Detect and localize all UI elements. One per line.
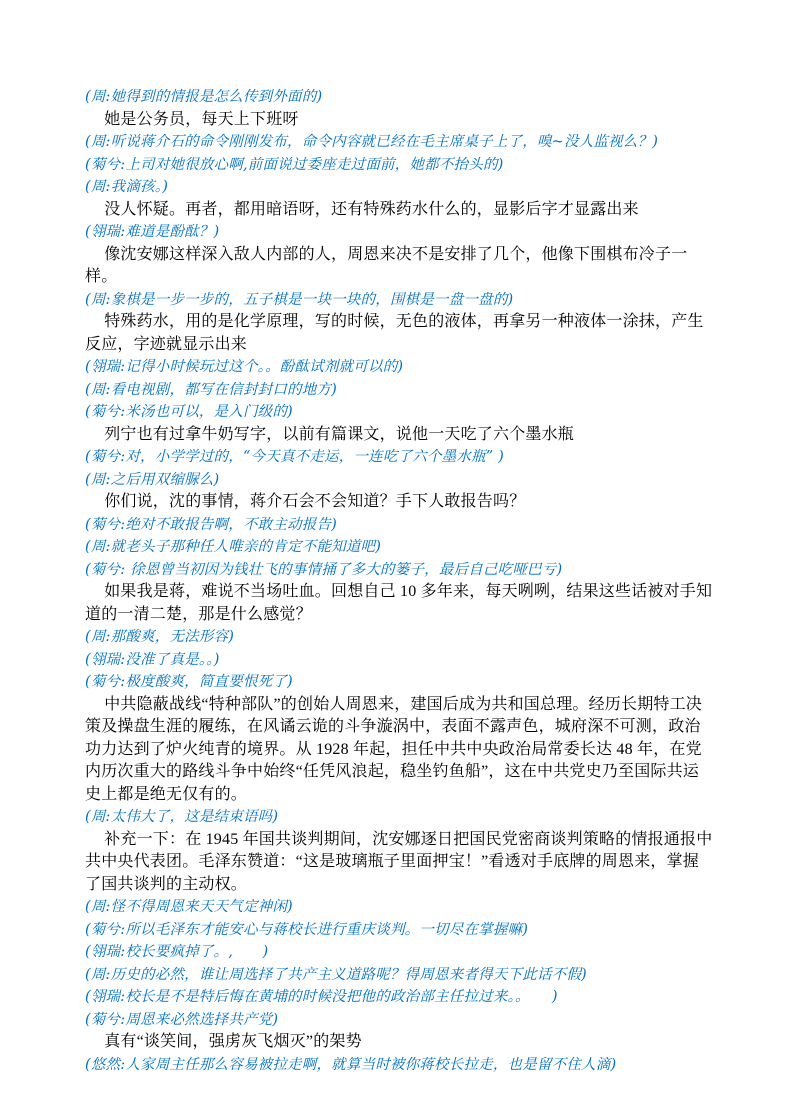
comment-line: (周:之后用双缩脲么) bbox=[85, 469, 715, 492]
comment-line: (菊兮:上司对她很放心啊,前面说过委座走过面前，她都不抬头的) bbox=[85, 154, 715, 177]
comment-line: (周:那酸爽，无法形容) bbox=[85, 626, 715, 649]
comment-line: (翎瑞:没准了真是。。) bbox=[85, 649, 715, 672]
narration-line: 她是公务员，每天上下班呀 bbox=[85, 109, 715, 132]
comment-line: (悠然:人家周主任那么容易被拉走啊，就算当时被你蒋校长拉走，也是留不住人滴) bbox=[85, 1054, 715, 1077]
comment-line: (翎瑞:记得小时候玩过这个。。酚酞试剂就可以的) bbox=[85, 356, 715, 379]
comment-line: (翎瑞:校长要疯掉了。, ) bbox=[85, 941, 715, 964]
transcript-body: (周:她得到的情报是怎么传到外面的)她是公务员，每天上下班呀(周:听说蒋介石的命… bbox=[85, 86, 715, 1076]
comment-line: (周:听说蒋介石的命令刚刚发布，命令内容就已经在毛主席桌子上了，嗅~没人监视么？… bbox=[85, 131, 715, 154]
narration-line: 没人怀疑。再者，都用暗语呀，还有特殊药水什么的，显影后字才显露出来 bbox=[85, 199, 715, 222]
document-page: (周:她得到的情报是怎么传到外面的)她是公务员，每天上下班呀(周:听说蒋介石的命… bbox=[0, 0, 800, 1100]
comment-line: (周:历史的必然，谁让周选择了共产主义道路呢？得周恩来者得天下此话不假) bbox=[85, 964, 715, 987]
narration-line: 如果我是蒋，难说不当场吐血。回想自己 10 多年来，每天咧咧，结果这些话被对手知… bbox=[85, 581, 715, 626]
comment-line: (菊兮:对，小学学过的，“今天真不走运，一连吃了六个墨水瓶” ) bbox=[85, 446, 715, 469]
comment-line: (菊兮:极度酸爽，简直要恨死了) bbox=[85, 671, 715, 694]
narration-line: 补充一下：在 1945 年国共谈判期间，沈安娜逐日把国民党密商谈判策略的情报通报… bbox=[85, 829, 715, 897]
comment-line: (周:怪不得周恩来天天气定神闲) bbox=[85, 896, 715, 919]
comment-line: (菊兮:绝对不敢报告啊，不敢主动报告) bbox=[85, 514, 715, 537]
comment-line: (周:就老头子那种任人唯亲的肯定不能知道吧) bbox=[85, 536, 715, 559]
narration-line: 特殊药水，用的是化学原理，写的时候，无色的液体，再拿另一种液体一涂抹，产生反应，… bbox=[85, 311, 715, 356]
comment-line: (周:她得到的情报是怎么传到外面的) bbox=[85, 86, 715, 109]
narration-line: 列宁也有过拿牛奶写字，以前有篇课文，说他一天吃了六个墨水瓶 bbox=[85, 424, 715, 447]
comment-line: (菊兮:所以毛泽东才能安心与蒋校长进行重庆谈判。一切尽在掌握嘛) bbox=[85, 919, 715, 942]
narration-line: 真有“谈笑间，强虏灰飞烟灭”的架势 bbox=[85, 1031, 715, 1054]
comment-line: (周:象棋是一步一步的，五子棋是一块一块的，围棋是一盘一盘的) bbox=[85, 289, 715, 312]
comment-line: (菊兮:米汤也可以，是入门级的) bbox=[85, 401, 715, 424]
comment-line: (周:看电视剧，都写在信封封口的地方) bbox=[85, 379, 715, 402]
comment-line: (周:我滴孩。) bbox=[85, 176, 715, 199]
comment-line: (菊兮:周恩来必然选择共产党) bbox=[85, 1009, 715, 1032]
comment-line: (菊兮: 徐恩曾当初因为钱壮飞的事情捅了多大的篓子，最后自己吃哑巴亏) bbox=[85, 559, 715, 582]
comment-line: (周:太伟大了，这是结束语吗) bbox=[85, 806, 715, 829]
comment-line: (翎瑞:校长是不是特后悔在黄埔的时候没把他的政治部主任拉过来。。 ) bbox=[85, 986, 715, 1009]
comment-line: (翎瑞:难道是酚酞？) bbox=[85, 221, 715, 244]
narration-line: 你们说，沈的事情，蒋介石会不会知道？手下人敢报告吗？ bbox=[85, 491, 715, 514]
narration-line: 像沈安娜这样深入敌人内部的人，周恩来决不是安排了几个，他像下围棋布冷子一样。 bbox=[85, 244, 715, 289]
narration-line: 中共隐蔽战线“特种部队”的创始人周恩来，建国后成为共和国总理。经历长期特工决策及… bbox=[85, 694, 715, 807]
